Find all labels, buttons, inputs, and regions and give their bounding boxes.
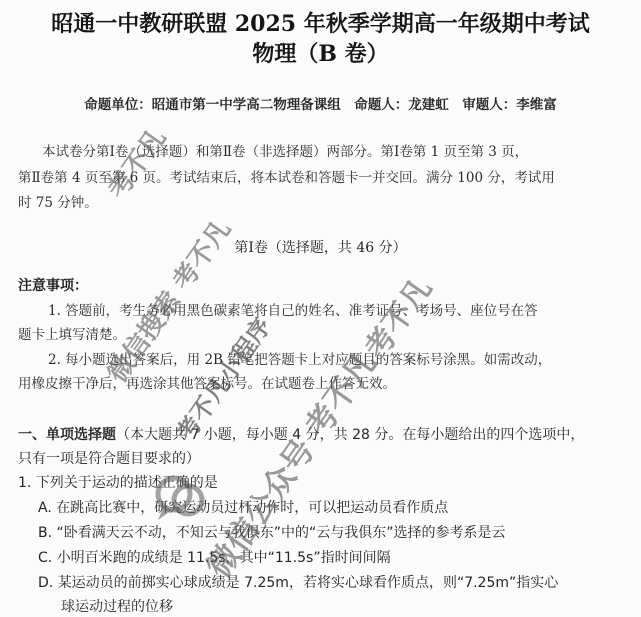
question-1-option-c: C. 小明百米跑的成绩是 11.5s，其中“11.5s”指时间间隔	[38, 547, 391, 567]
part-one-title: 第Ⅰ卷（选择题，共 46 分）	[0, 237, 641, 257]
option-text: 小明百米跑的成绩是 11.5s，其中“11.5s”指时间间隔	[57, 550, 391, 566]
section-one-instructions: （本大题共 7 小题，每小题 4 分，共 28 分。在每小题给出的四个选项中，	[116, 427, 584, 443]
exam-subject: 物理（B 卷）	[0, 37, 641, 68]
option-label: A.	[38, 500, 52, 516]
exam-title: 昭通一中教研联盟 2025 年秋季学期高一年级期中考试	[0, 7, 641, 38]
section-one-label: 一、单项选择题	[18, 427, 116, 443]
section-one-heading-line-2: 只有一项是符合题目要求的）	[18, 448, 200, 468]
option-text: “卧看满天云不动，不知云与我俱东”中的“云与我俱东”选择的参考系是云	[57, 525, 506, 541]
option-text: 在跳高比赛中，研究运动员过杆动作时，可以把运动员看作质点	[56, 500, 448, 516]
question-1-stem: 1. 下列关于运动的描述正确的是	[18, 472, 218, 492]
notice-item-1-line-1: 1. 答题前，考生务必用黑色碳素笔将自己的姓名、准考证号、考场号、座位号在答	[48, 299, 538, 319]
exam-authors: 命题单位：昭通市第一中学高二物理备课组 命题人：龙建虹 审题人：李维富	[0, 93, 641, 113]
question-1-option-a: A. 在跳高比赛中，研究运动员过杆动作时，可以把运动员看作质点	[38, 497, 448, 517]
question-1-option-d-line-2: 球运动过程的位移	[61, 596, 173, 616]
question-1-option-b: B. “卧看满天云不动，不知云与我俱东”中的“云与我俱东”选择的参考系是云	[38, 522, 506, 542]
notice-heading: 注意事项：	[18, 275, 88, 295]
intro-line-1: 本试卷分第Ⅰ卷（选择题）和第Ⅱ卷（非选择题）两部分。第Ⅰ卷第 1 页至第 3 页…	[42, 140, 528, 160]
option-text: 某运动员的前掷实心球成绩是 7.25m，若将实心球看作质点，则“7.25m”指实…	[58, 575, 559, 591]
notice-item-1-line-2: 题卡上填写清楚。	[18, 323, 126, 343]
exam-page: 昭通一中教研联盟 2025 年秋季学期高一年级期中考试 物理（B 卷） 命题单位…	[0, 0, 641, 617]
notice-item-2-line-2: 用橡皮擦干净后，再选涂其他答案标号。在试题卷上作答无效。	[18, 372, 396, 392]
option-label: D.	[38, 575, 53, 591]
section-one-heading: 一、单项选择题（本大题共 7 小题，每小题 4 分，共 28 分。在每小题给出的…	[18, 424, 584, 444]
watermark-text: 考不凡	[98, 120, 173, 205]
question-1-option-d: D. 某运动员的前掷实心球成绩是 7.25m，若将实心球看作质点，则“7.25m…	[38, 572, 558, 592]
notice-item-2-line-1: 2. 每小题选出答案后，用 2B 铅笔把答题卡上对应题目的答案标号涂黑。如需改动…	[48, 348, 551, 368]
intro-line-3: 时 75 分钟。	[18, 191, 98, 211]
option-label: C.	[38, 550, 52, 566]
option-label: B.	[38, 525, 52, 541]
intro-line-2: 第Ⅱ卷第 4 页至第 6 页。考试结束后，将本试卷和答题卡一并交回。满分 100…	[18, 166, 555, 186]
